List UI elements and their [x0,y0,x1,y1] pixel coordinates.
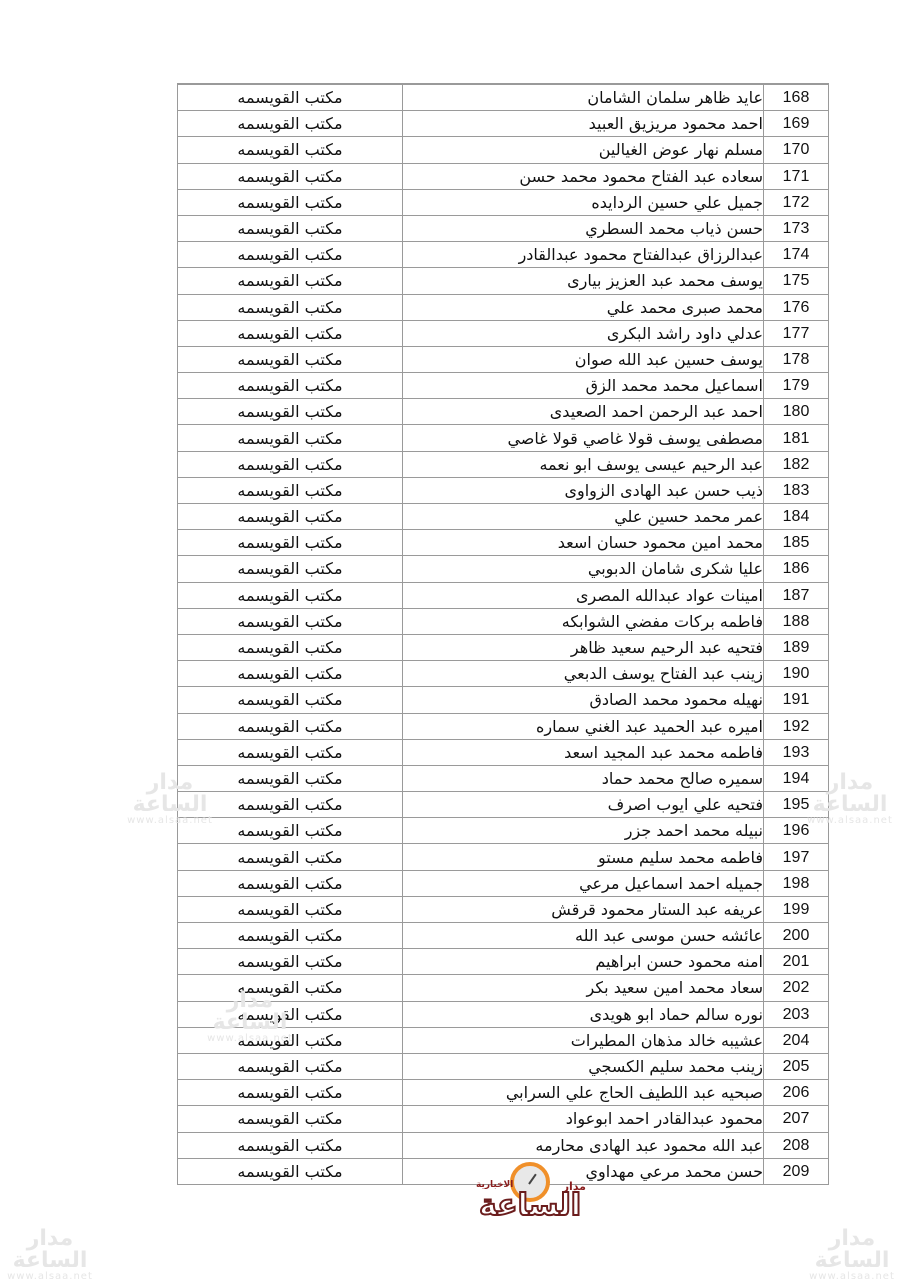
name-cell: زينب محمد سليم الكسجي [403,1053,764,1079]
number-cell: 193 [764,739,829,765]
name-cell: عريفه عبد الستار محمود قرقش [403,896,764,922]
number-cell: 175 [764,268,829,294]
office-cell: مكتب القويسمه [178,949,403,975]
number-cell: 209 [764,1158,829,1184]
table-row: مكتب القويسمهعشيبه خالد مذهان المطيرات20… [178,1027,829,1053]
table-row: مكتب القويسمهنبيله محمد احمد جزر196 [178,818,829,844]
office-cell: مكتب القويسمه [178,1106,403,1132]
table-row: مكتب القويسمهذيب حسن عبد الهادى الزواوى1… [178,477,829,503]
name-cell: عبدالرزاق عبدالفتاح محمود عبدالقادر [403,242,764,268]
office-cell: مكتب القويسمه [178,608,403,634]
table-row: مكتب القويسمهنوره سالم حماد ابو هويدى203 [178,1001,829,1027]
number-cell: 174 [764,242,829,268]
office-cell: مكتب القويسمه [178,111,403,137]
number-cell: 183 [764,477,829,503]
table-row: مكتب القويسمهصبحيه عبد اللطيف الحاج علي … [178,1080,829,1106]
number-cell: 190 [764,661,829,687]
office-cell: مكتب القويسمه [178,1053,403,1079]
office-cell: مكتب القويسمه [178,530,403,556]
name-cell: عدلي داود راشد البكرى [403,320,764,346]
number-cell: 188 [764,608,829,634]
name-cell: عائشه حسن موسى عبد الله [403,923,764,949]
name-cell: احمد عبد الرحمن احمد الصعيدى [403,399,764,425]
number-cell: 176 [764,294,829,320]
office-cell: مكتب القويسمه [178,399,403,425]
table-row: مكتب القويسمهجميله احمد اسماعيل مرعي198 [178,870,829,896]
watermark-bottom-right: مدار الساعة www.alsaa.net [800,1228,904,1280]
table-row: مكتب القويسمهاسماعيل محمد محمد الزق179 [178,373,829,399]
watermark-url: www.alsaa.net [0,1272,100,1280]
number-cell: 192 [764,713,829,739]
office-cell: مكتب القويسمه [178,870,403,896]
table-row: مكتب القويسمهاحمد عبد الرحمن احمد الصعيد… [178,399,829,425]
name-cell: امنه محمود حسن ابراهيم [403,949,764,975]
watermark-brand: مدار الساعة [0,1228,100,1272]
office-cell: مكتب القويسمه [178,896,403,922]
office-cell: مكتب القويسمه [178,189,403,215]
table-row: مكتب القويسمهنهيله محمود محمد الصادق191 [178,687,829,713]
office-cell: مكتب القويسمه [178,242,403,268]
name-cell: عشيبه خالد مذهان المطيرات [403,1027,764,1053]
name-cell: جميله احمد اسماعيل مرعي [403,870,764,896]
table-row: مكتب القويسمهعمر محمد حسين علي184 [178,504,829,530]
name-cell: فتحيه عبد الرحيم سعيد ظاهر [403,634,764,660]
table-row: مكتب القويسمهمحمد صبرى محمد علي176 [178,294,829,320]
table-row: مكتب القويسمهسعاد محمد امين سعيد بكر202 [178,975,829,1001]
name-cell: عليا شكرى شامان الدبوبي [403,556,764,582]
number-cell: 202 [764,975,829,1001]
name-cell: عبد الله محمود عبد الهادى محارمه [403,1132,764,1158]
number-cell: 189 [764,634,829,660]
office-cell: مكتب القويسمه [178,1080,403,1106]
number-cell: 182 [764,451,829,477]
name-cell: جميل علي حسين الردايده [403,189,764,215]
watermark-brand: مدار الساعة [800,1228,904,1272]
name-cell: فاطمه محمد سليم مستو [403,844,764,870]
table-row: مكتب القويسمهمسلم نهار عوض الغيالين170 [178,137,829,163]
office-cell: مكتب القويسمه [178,320,403,346]
number-cell: 168 [764,84,829,111]
table-row: مكتب القويسمهعايد ظاهر سلمان الشامان168 [178,84,829,111]
table-row: مكتب القويسمهجميل علي حسين الردايده172 [178,189,829,215]
table-row: مكتب القويسمهسعاده عبد الفتاح محمود محمد… [178,163,829,189]
number-cell: 169 [764,111,829,137]
number-cell: 195 [764,792,829,818]
office-cell: مكتب القويسمه [178,163,403,189]
table-row: مكتب القويسمهسميره صالح محمد حماد194 [178,765,829,791]
table-row: مكتب القويسمهامينات عواد عبدالله المصرى1… [178,582,829,608]
number-cell: 206 [764,1080,829,1106]
number-cell: 185 [764,530,829,556]
name-cell: عبد الرحيم عيسى يوسف ابو نعمه [403,451,764,477]
name-cell: حسن ذياب محمد السطري [403,215,764,241]
table-row: مكتب القويسمهفاطمه محمد عبد المجيد اسعد1… [178,739,829,765]
office-cell: مكتب القويسمه [178,844,403,870]
number-cell: 194 [764,765,829,791]
document-page: مكتب القويسمهعايد ظاهر سلمان الشامان168م… [0,0,904,1280]
name-cell: فاطمه محمد عبد المجيد اسعد [403,739,764,765]
number-cell: 181 [764,425,829,451]
number-cell: 172 [764,189,829,215]
table-row: مكتب القويسمهمصطفى يوسف قولا غاصي قولا غ… [178,425,829,451]
name-cell: عايد ظاهر سلمان الشامان [403,84,764,111]
table-row: مكتب القويسمهعليا شكرى شامان الدبوبي186 [178,556,829,582]
name-cell: محمود عبدالقادر احمد ابوعواد [403,1106,764,1132]
logo-title: الساعة [470,1188,590,1223]
office-cell: مكتب القويسمه [178,477,403,503]
office-cell: مكتب القويسمه [178,84,403,111]
office-cell: مكتب القويسمه [178,818,403,844]
table-row: مكتب القويسمهفتحيه عبد الرحيم سعيد ظاهر1… [178,634,829,660]
office-cell: مكتب القويسمه [178,765,403,791]
office-cell: مكتب القويسمه [178,661,403,687]
number-cell: 199 [764,896,829,922]
name-cell: فاطمه بركات مفضي الشوابكه [403,608,764,634]
office-cell: مكتب القويسمه [178,137,403,163]
number-cell: 207 [764,1106,829,1132]
number-cell: 179 [764,373,829,399]
table-row: مكتب القويسمهعبد الرحيم عيسى يوسف ابو نع… [178,451,829,477]
office-cell: مكتب القويسمه [178,425,403,451]
table-row: مكتب القويسمهعائشه حسن موسى عبد الله200 [178,923,829,949]
table-row: مكتب القويسمهفاطمه بركات مفضي الشوابكه18… [178,608,829,634]
name-cell: اسماعيل محمد محمد الزق [403,373,764,399]
name-cell: ذيب حسن عبد الهادى الزواوى [403,477,764,503]
name-cell: نبيله محمد احمد جزر [403,818,764,844]
table-row: مكتب القويسمهعبدالرزاق عبدالفتاح محمود ع… [178,242,829,268]
name-cell: عمر محمد حسين علي [403,504,764,530]
number-cell: 197 [764,844,829,870]
table-row: مكتب القويسمهزينب محمد سليم الكسجي205 [178,1053,829,1079]
table-row: مكتب القويسمهمحمد امين محمود حسان اسعد18… [178,530,829,556]
name-cell: نهيله محمود محمد الصادق [403,687,764,713]
table-row: مكتب القويسمهحسن ذياب محمد السطري173 [178,215,829,241]
number-cell: 203 [764,1001,829,1027]
office-cell: مكتب القويسمه [178,792,403,818]
office-cell: مكتب القويسمه [178,346,403,372]
brand-logo: الاخبارية مدار الساعة [470,1162,590,1224]
number-cell: 205 [764,1053,829,1079]
name-cell: سعاد محمد امين سعيد بكر [403,975,764,1001]
number-cell: 208 [764,1132,829,1158]
name-cell: يوسف حسين عبد الله صوان [403,346,764,372]
watermark-bottom-left: مدار الساعة www.alsaa.net [0,1228,100,1280]
number-cell: 187 [764,582,829,608]
name-cell: يوسف محمد عبد العزيز بيارى [403,268,764,294]
office-cell: مكتب القويسمه [178,1158,403,1184]
table-row: مكتب القويسمهاميره عبد الحميد عبد الغني … [178,713,829,739]
name-cell: زينب عبد الفتاح يوسف الدبعي [403,661,764,687]
table-row: مكتب القويسمهزينب عبد الفتاح يوسف الدبعي… [178,661,829,687]
office-cell: مكتب القويسمه [178,1027,403,1053]
office-cell: مكتب القويسمه [178,634,403,660]
number-cell: 191 [764,687,829,713]
names-table: مكتب القويسمهعايد ظاهر سلمان الشامان168م… [177,83,829,1185]
office-cell: مكتب القويسمه [178,975,403,1001]
number-cell: 177 [764,320,829,346]
table-row: مكتب القويسمهفاطمه محمد سليم مستو197 [178,844,829,870]
number-cell: 204 [764,1027,829,1053]
table-row: مكتب القويسمهاحمد محمود مريزيق العبيد169 [178,111,829,137]
office-cell: مكتب القويسمه [178,373,403,399]
office-cell: مكتب القويسمه [178,582,403,608]
watermark-url: www.alsaa.net [800,1272,904,1280]
number-cell: 171 [764,163,829,189]
office-cell: مكتب القويسمه [178,1132,403,1158]
office-cell: مكتب القويسمه [178,294,403,320]
table-row: مكتب القويسمهمحمود عبدالقادر احمد ابوعوا… [178,1106,829,1132]
name-cell: فتحيه علي ايوب اصرف [403,792,764,818]
number-cell: 180 [764,399,829,425]
number-cell: 173 [764,215,829,241]
office-cell: مكتب القويسمه [178,739,403,765]
name-cell: احمد محمود مريزيق العبيد [403,111,764,137]
office-cell: مكتب القويسمه [178,215,403,241]
number-cell: 201 [764,949,829,975]
number-cell: 196 [764,818,829,844]
office-cell: مكتب القويسمه [178,687,403,713]
number-cell: 198 [764,870,829,896]
name-cell: امينات عواد عبدالله المصرى [403,582,764,608]
name-cell: محمد امين محمود حسان اسعد [403,530,764,556]
name-cell: صبحيه عبد اللطيف الحاج علي السرابي [403,1080,764,1106]
number-cell: 184 [764,504,829,530]
name-cell: مصطفى يوسف قولا غاصي قولا غاصي [403,425,764,451]
number-cell: 200 [764,923,829,949]
table-row: مكتب القويسمهامنه محمود حسن ابراهيم201 [178,949,829,975]
table-row: مكتب القويسمهعريفه عبد الستار محمود قرقش… [178,896,829,922]
name-cell: نوره سالم حماد ابو هويدى [403,1001,764,1027]
office-cell: مكتب القويسمه [178,923,403,949]
name-cell: سعاده عبد الفتاح محمود محمد حسن [403,163,764,189]
table-row: مكتب القويسمهعدلي داود راشد البكرى177 [178,320,829,346]
name-cell: محمد صبرى محمد علي [403,294,764,320]
name-cell: سميره صالح محمد حماد [403,765,764,791]
name-cell: اميره عبد الحميد عبد الغني سماره [403,713,764,739]
table-row: مكتب القويسمهيوسف حسين عبد الله صوان178 [178,346,829,372]
number-cell: 170 [764,137,829,163]
office-cell: مكتب القويسمه [178,1001,403,1027]
table-row: مكتب القويسمهيوسف محمد عبد العزيز بيارى1… [178,268,829,294]
name-cell: مسلم نهار عوض الغيالين [403,137,764,163]
table-row: مكتب القويسمهفتحيه علي ايوب اصرف195 [178,792,829,818]
office-cell: مكتب القويسمه [178,713,403,739]
office-cell: مكتب القويسمه [178,268,403,294]
office-cell: مكتب القويسمه [178,504,403,530]
number-cell: 178 [764,346,829,372]
office-cell: مكتب القويسمه [178,451,403,477]
office-cell: مكتب القويسمه [178,556,403,582]
number-cell: 186 [764,556,829,582]
table-row: مكتب القويسمهعبد الله محمود عبد الهادى م… [178,1132,829,1158]
